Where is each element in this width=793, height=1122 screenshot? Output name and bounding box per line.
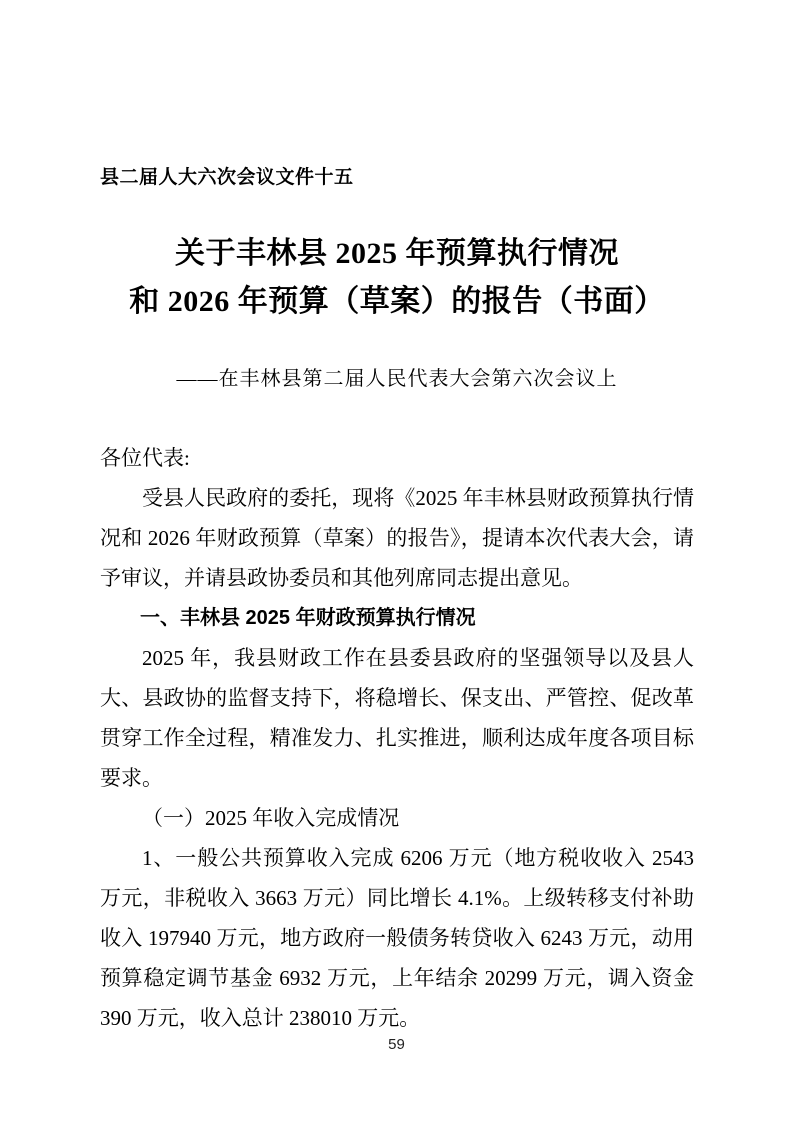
subsection-1-body: 1、一般公共预算收入完成 6206 万元（地方税收收入 2543 万元，非税收入… (100, 838, 694, 1038)
document-title: 关于丰林县 2025 年预算执行情况 和 2026 年预算（草案）的报告（书面） (100, 230, 694, 326)
document-body: 各位代表: 受县人民政府的委托，现将《2025 年丰林县财政预算执行情况和 20… (100, 438, 694, 1038)
document-title-line-2: 和 2026 年预算（草案）的报告（书面） (129, 285, 665, 318)
paragraph-intro: 受县人民政府的委托，现将《2025 年丰林县财政预算执行情况和 2026 年财政… (100, 478, 694, 598)
salutation: 各位代表: (100, 438, 694, 478)
document-page: 县二届人大六次会议文件十五 关于丰林县 2025 年预算执行情况 和 2026 … (0, 0, 793, 1122)
page-number: 59 (0, 1036, 793, 1053)
document-title-line-1: 关于丰林县 2025 年预算执行情况 (175, 237, 619, 270)
subsection-1-heading: （一）2025 年收入完成情况 (100, 798, 694, 838)
document-subtitle: ——在丰林县第二届人民代表大会第六次会议上 (100, 366, 694, 392)
doc-label: 县二届人大六次会议文件十五 (100, 166, 694, 190)
section-1-heading: 一、丰林县 2025 年财政预算执行情况 (100, 598, 694, 638)
section-1-body: 2025 年，我县财政工作在县委县政府的坚强领导以及县人大、县政协的监督支持下，… (100, 638, 694, 798)
